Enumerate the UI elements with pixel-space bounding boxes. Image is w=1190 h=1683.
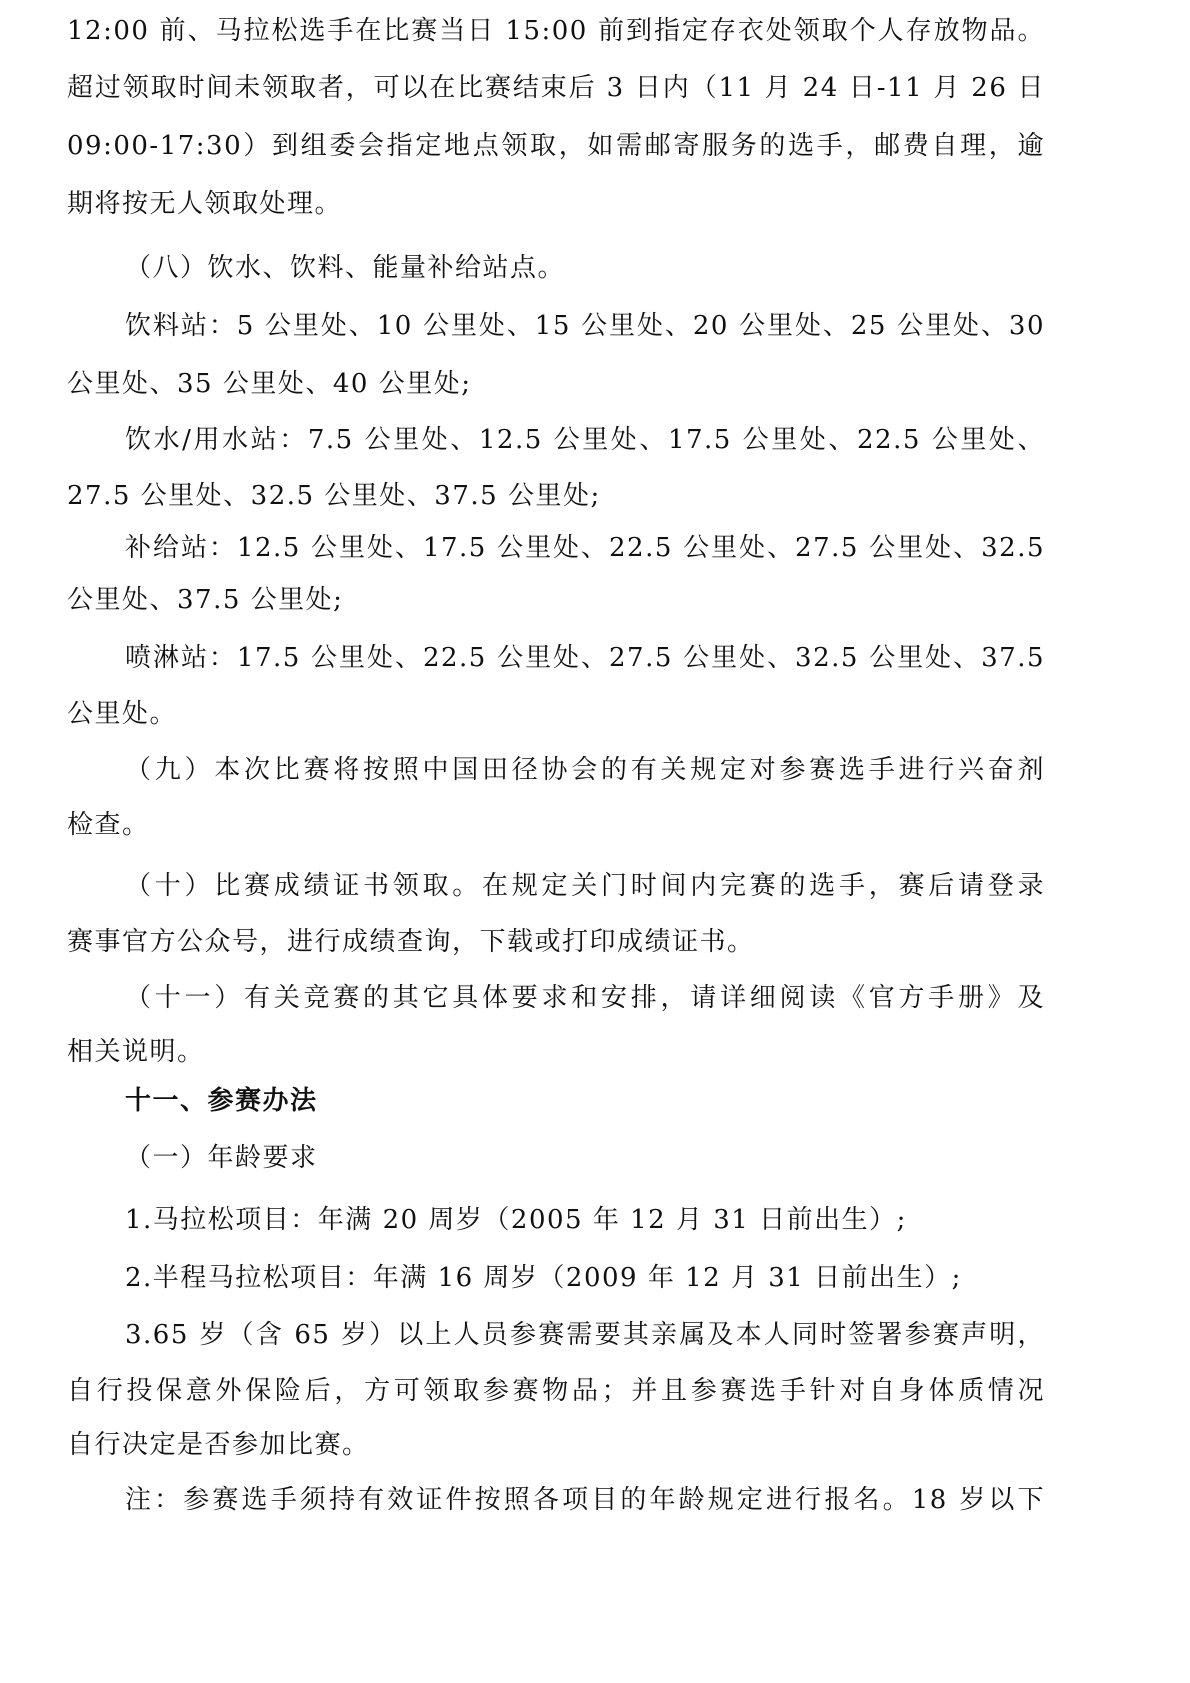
text-line: 超过领取时间未领取者，可以在比赛结束后 3 日内（11 月 24 日-11 月 … [67, 68, 1045, 108]
text-line: （十）比赛成绩证书领取。在规定关门时间内完赛的选手，赛后请登录 [125, 866, 1045, 906]
text-line: 公里处、37.5 公里处; [67, 580, 1045, 620]
text-line: 赛事官方公众号，进行成绩查询，下载或打印成绩证书。 [67, 922, 1045, 962]
text-line: 自行投保意外保险后，方可领取参赛物品；并且参赛选手针对自身体质情况 [67, 1371, 1045, 1411]
text-line: 公里处。 [67, 694, 1045, 734]
text-line: （九）本次比赛将按照中国田径协会的有关规定对参赛选手进行兴奋剂 [125, 750, 1045, 790]
text-line: 期将按无人领取处理。 [67, 184, 1045, 224]
text-line: 补给站：12.5 公里处、17.5 公里处、22.5 公里处、27.5 公里处、… [125, 528, 1045, 568]
text-line: 饮料站：5 公里处、10 公里处、15 公里处、20 公里处、25 公里处、30 [125, 306, 1045, 346]
text-line: 09:00-17:30）到组委会指定地点领取，如需邮寄服务的选手，邮费自理，逾 [67, 126, 1045, 166]
text-line: （八）饮水、饮料、能量补给站点。 [125, 248, 1045, 288]
text-line: 3.65 岁（含 65 岁）以上人员参赛需要其亲属及本人同时签署参赛声明， [125, 1315, 1045, 1355]
document-page: 12:00 前、马拉松选手在比赛当日 15:00 前到指定存衣处领取个人存放物品… [0, 0, 1190, 1683]
text-line: 2.半程马拉松项目：年满 16 周岁（2009 年 12 月 31 日前出生）; [125, 1258, 1045, 1298]
text-line: 饮水/用水站：7.5 公里处、12.5 公里处、17.5 公里处、22.5 公里… [125, 420, 1045, 460]
text-line: 喷淋站：17.5 公里处、22.5 公里处、27.5 公里处、32.5 公里处、… [125, 638, 1045, 678]
text-line: （十一）有关竞赛的其它具体要求和安排，请详细阅读《官方手册》及 [125, 978, 1045, 1018]
text-line: 检查。 [67, 805, 1045, 845]
text-line: 自行决定是否参加比赛。 [67, 1425, 1045, 1465]
text-line: 公里处、35 公里处、40 公里处; [67, 364, 1045, 404]
text-line: 1.马拉松项目：年满 20 周岁（2005 年 12 月 31 日前出生）; [125, 1200, 1045, 1240]
text-line: 相关说明。 [67, 1032, 1045, 1072]
subsection-heading: （一）年龄要求 [125, 1138, 1045, 1178]
section-heading: 十一、参赛办法 [125, 1081, 1045, 1121]
text-line: 12:00 前、马拉松选手在比赛当日 15:00 前到指定存衣处领取个人存放物品… [67, 11, 1045, 51]
text-line: 注：参赛选手须持有效证件按照各项目的年龄规定进行报名。18 岁以下 [125, 1480, 1045, 1520]
text-line: 27.5 公里处、32.5 公里处、37.5 公里处; [67, 476, 1045, 516]
